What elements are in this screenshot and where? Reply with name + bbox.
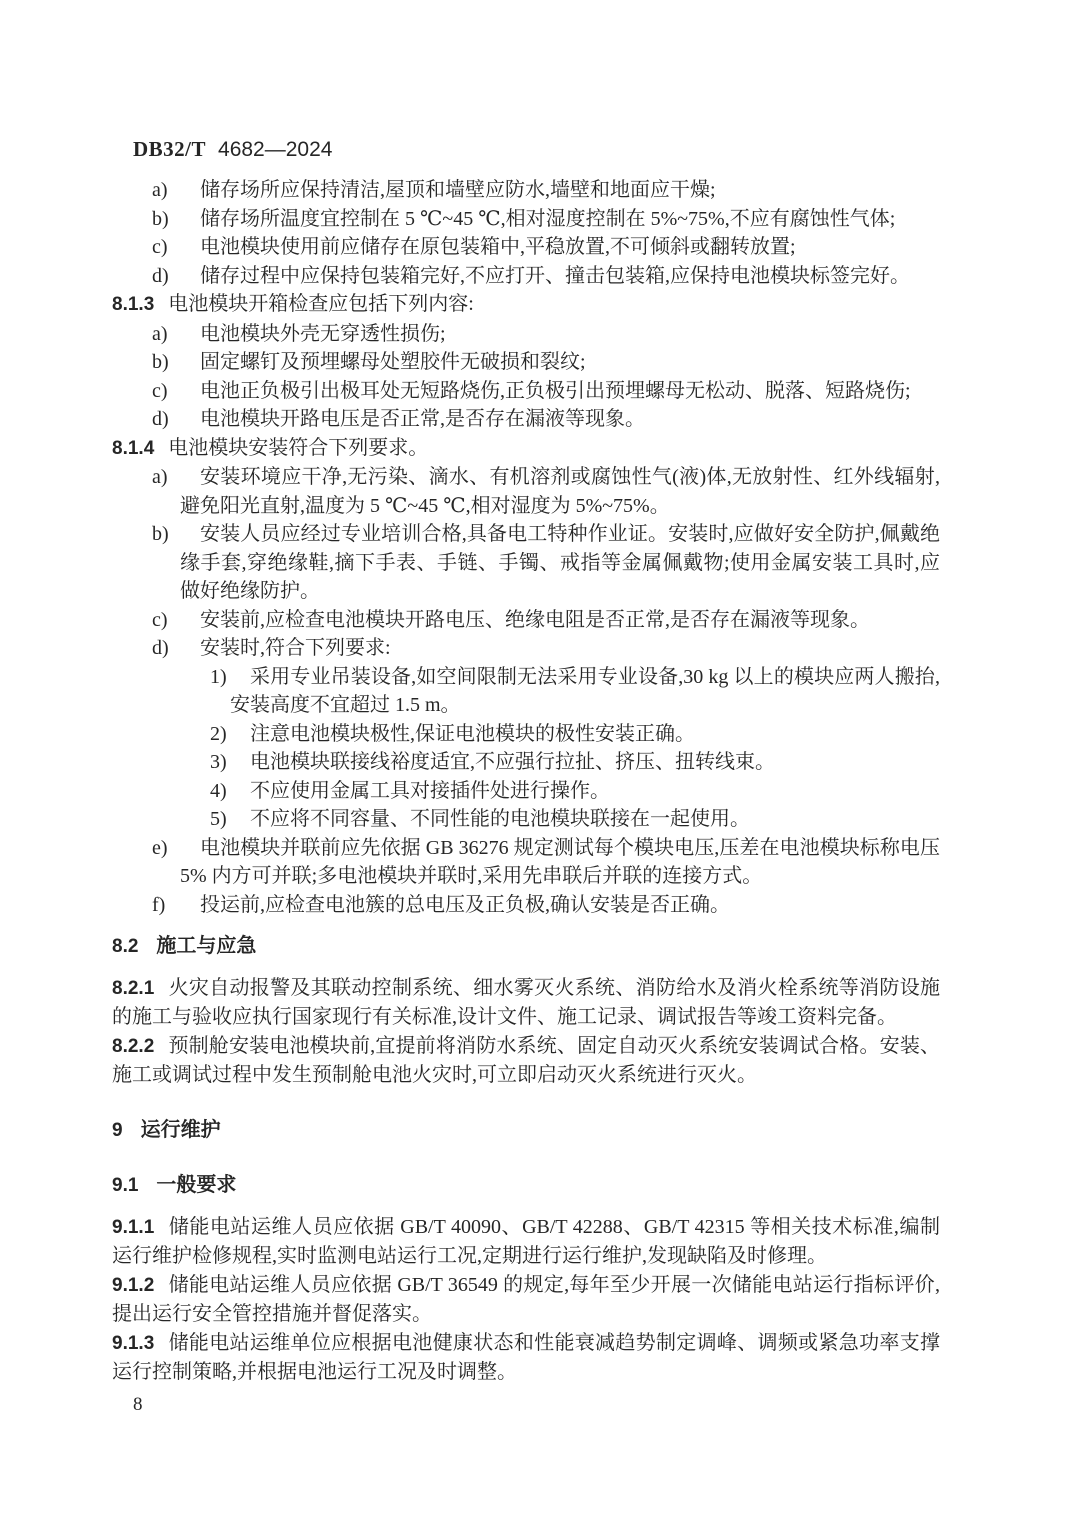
doc-header: DB32/T4682—2024 bbox=[133, 136, 332, 163]
clause-paragraph: 9.1.3储能电站运维单位应根据电池健康状态和性能衰减趋势制定调峰、调频或紧急功… bbox=[112, 1329, 940, 1387]
list-item: b)固定螺钉及预埋螺母处塑胶件无破损和裂纹; bbox=[112, 348, 940, 377]
list-item-text: 电池正负极引出极耳处无短路烧伤,正负极引出预埋螺母无松动、脱落、短路烧伤; bbox=[200, 380, 911, 402]
list-marker: a) bbox=[152, 320, 168, 349]
list-item-text: 采用专业吊装设备,如空间限制无法采用专业设备,30 kg 以上的模块应两人搬抬,… bbox=[230, 666, 940, 717]
list-item: c)电池正负极引出极耳处无短路烧伤,正负极引出预埋螺母无松动、脱落、短路烧伤; bbox=[112, 377, 940, 406]
clause-text: 储能电站运维人员应依据 GB/T 36549 的规定,每年至少开展一次储能电站运… bbox=[112, 1274, 940, 1326]
standard-number: 4682—2024 bbox=[218, 138, 332, 161]
section-heading: 9运行维护 bbox=[112, 1116, 940, 1146]
list-item: e)电池模块并联前应先依据 GB 36276 规定测试每个模块电压,压差在电池模… bbox=[112, 834, 940, 891]
list-item-text: 不应将不同容量、不同性能的电池模块联接在一起使用。 bbox=[250, 808, 750, 830]
list-marker: 5) bbox=[210, 805, 227, 834]
list-marker: 4) bbox=[210, 777, 227, 806]
list-marker: d) bbox=[152, 405, 169, 434]
list-item-text: 电池模块联接线裕度适宜,不应强行拉扯、挤压、扭转线束。 bbox=[250, 751, 775, 773]
list-marker: 1) bbox=[210, 663, 227, 692]
list-item: d)储存过程中应保持包装箱完好,不应打开、撞击包装箱,应保持电池模块标签完好。 bbox=[112, 262, 940, 291]
list-marker: c) bbox=[152, 233, 168, 262]
clause-paragraph: 8.2.2预制舱安装电池模块前,宜提前将消防水系统、固定自动灭火系统安装调试合格… bbox=[112, 1032, 940, 1090]
list-item-text: 固定螺钉及预埋螺母处塑胶件无破损和裂纹; bbox=[200, 351, 586, 373]
list-marker: c) bbox=[152, 377, 168, 406]
list-item: b)安装人员应经过专业培训合格,具备电工特种作业证。安装时,应做好安全防护,佩戴… bbox=[112, 520, 940, 606]
clause-text: 电池模块安装符合下列要求。 bbox=[168, 437, 428, 459]
clause-text: 预制舱安装电池模块前,宜提前将消防水系统、固定自动灭火系统安装调试合格。安装、施… bbox=[112, 1035, 940, 1087]
list-item: a)安装环境应干净,无污染、滴水、有机溶剂或腐蚀性气(液)体,无放射性、红外线辐… bbox=[112, 463, 940, 520]
list-item-text: 电池模块外壳无穿透性损伤; bbox=[200, 323, 446, 345]
clause-text: 储能电站运维人员应依据 GB/T 40090、GB/T 42288、GB/T 4… bbox=[112, 1216, 940, 1268]
clause-paragraph: 8.1.4电池模块安装符合下列要求。 bbox=[112, 434, 940, 464]
list-item-text: 不应使用金属工具对接插件处进行操作。 bbox=[250, 780, 610, 802]
list-item: 2)注意电池模块极性,保证电池模块的极性安装正确。 bbox=[112, 720, 940, 749]
list-item-text: 投运前,应检查电池簇的总电压及正负极,确认安装是否正确。 bbox=[200, 894, 730, 916]
list-item: c)安装前,应检查电池模块开路电压、绝缘电阻是否正常,是否存在漏液等现象。 bbox=[112, 606, 940, 635]
list-item-text: 安装时,符合下列要求: bbox=[200, 637, 391, 659]
list-item: a)储存场所应保持清洁,屋顶和墙壁应防水,墙壁和地面应干燥; bbox=[112, 176, 940, 205]
standard-code: DB32/T bbox=[133, 137, 206, 161]
section-title: 一般要求 bbox=[156, 1174, 236, 1196]
list-item-text: 电池模块并联前应先依据 GB 36276 规定测试每个模块电压,压差在电池模块标… bbox=[180, 837, 940, 888]
list-marker: d) bbox=[152, 262, 169, 291]
list-item: d)电池模块开路电压是否正常,是否存在漏液等现象。 bbox=[112, 405, 940, 434]
clause-number: 8.1.3 bbox=[112, 294, 154, 315]
clause-paragraph: 8.2.1火灾自动报警及其联动控制系统、细水雾灭火系统、消防给水及消火栓系统等消… bbox=[112, 974, 940, 1032]
list-item: d)安装时,符合下列要求: bbox=[112, 634, 940, 663]
list-item-text: 安装前,应检查电池模块开路电压、绝缘电阻是否正常,是否存在漏液等现象。 bbox=[200, 609, 870, 631]
clause-paragraph: 9.1.2储能电站运维人员应依据 GB/T 36549 的规定,每年至少开展一次… bbox=[112, 1271, 940, 1329]
clause-number: 9.1.3 bbox=[112, 1333, 154, 1354]
section-title: 运行维护 bbox=[141, 1119, 221, 1141]
list-item-text: 储存场所温度宜控制在 5 ℃~45 ℃,相对湿度控制在 5%~75%,不应有腐蚀… bbox=[200, 208, 895, 230]
list-marker: 2) bbox=[210, 720, 227, 749]
clause-number: 8.2.1 bbox=[112, 978, 154, 999]
section-heading: 8.2施工与应急 bbox=[112, 932, 940, 962]
list-item-text: 注意电池模块极性,保证电池模块的极性安装正确。 bbox=[250, 723, 695, 745]
doc-body: a)储存场所应保持清洁,屋顶和墙壁应防水,墙壁和地面应干燥;b)储存场所温度宜控… bbox=[112, 176, 940, 1387]
section-title: 施工与应急 bbox=[156, 935, 256, 957]
section-number: 9 bbox=[112, 1120, 123, 1141]
list-item: 3)电池模块联接线裕度适宜,不应强行拉扯、挤压、扭转线束。 bbox=[112, 748, 940, 777]
clause-number: 9.1.2 bbox=[112, 1275, 154, 1296]
list-item: 5)不应将不同容量、不同性能的电池模块联接在一起使用。 bbox=[112, 805, 940, 834]
list-item: 1)采用专业吊装设备,如空间限制无法采用专业设备,30 kg 以上的模块应两人搬… bbox=[112, 663, 940, 720]
list-item: f)投运前,应检查电池簇的总电压及正负极,确认安装是否正确。 bbox=[112, 891, 940, 920]
list-marker: b) bbox=[152, 205, 169, 234]
section-number: 9.1 bbox=[112, 1175, 138, 1196]
clause-paragraph: 8.1.3电池模块开箱检查应包括下列内容: bbox=[112, 290, 940, 320]
clause-text: 火灾自动报警及其联动控制系统、细水雾灭火系统、消防给水及消火栓系统等消防设施的施… bbox=[112, 977, 940, 1029]
list-item-text: 安装环境应干净,无污染、滴水、有机溶剂或腐蚀性气(液)体,无放射性、红外线辐射,… bbox=[180, 466, 940, 517]
list-item-text: 储存过程中应保持包装箱完好,不应打开、撞击包装箱,应保持电池模块标签完好。 bbox=[200, 265, 910, 287]
list-marker: e) bbox=[152, 834, 168, 863]
list-marker: b) bbox=[152, 520, 169, 549]
section-number: 8.2 bbox=[112, 936, 138, 957]
list-item: c)电池模块使用前应储存在原包装箱中,平稳放置,不可倾斜或翻转放置; bbox=[112, 233, 940, 262]
list-item-text: 安装人员应经过专业培训合格,具备电工特种作业证。安装时,应做好安全防护,佩戴绝缘… bbox=[180, 523, 940, 602]
list-marker: d) bbox=[152, 634, 169, 663]
list-marker: b) bbox=[152, 348, 169, 377]
list-item-text: 电池模块使用前应储存在原包装箱中,平稳放置,不可倾斜或翻转放置; bbox=[200, 236, 796, 258]
list-item-text: 储存场所应保持清洁,屋顶和墙壁应防水,墙壁和地面应干燥; bbox=[200, 179, 716, 201]
clause-paragraph: 9.1.1储能电站运维人员应依据 GB/T 40090、GB/T 42288、G… bbox=[112, 1213, 940, 1271]
clause-number: 8.1.4 bbox=[112, 438, 154, 459]
list-item-text: 电池模块开路电压是否正常,是否存在漏液等现象。 bbox=[200, 408, 645, 430]
clause-text: 电池模块开箱检查应包括下列内容: bbox=[168, 293, 474, 315]
list-marker: a) bbox=[152, 463, 168, 492]
list-marker: 3) bbox=[210, 748, 227, 777]
clause-text: 储能电站运维单位应根据电池健康状态和性能衰减趋势制定调峰、调频或紧急功率支撑运行… bbox=[112, 1332, 940, 1384]
section-heading: 9.1一般要求 bbox=[112, 1171, 940, 1201]
document-page: DB32/T4682—2024 a)储存场所应保持清洁,屋顶和墙壁应防水,墙壁和… bbox=[0, 0, 1080, 1515]
list-marker: f) bbox=[152, 891, 165, 920]
list-marker: a) bbox=[152, 176, 168, 205]
list-item: a)电池模块外壳无穿透性损伤; bbox=[112, 320, 940, 349]
clause-number: 9.1.1 bbox=[112, 1217, 154, 1238]
page-number: 8 bbox=[133, 1394, 143, 1416]
list-item: b)储存场所温度宜控制在 5 ℃~45 ℃,相对湿度控制在 5%~75%,不应有… bbox=[112, 205, 940, 234]
list-marker: c) bbox=[152, 606, 168, 635]
clause-number: 8.2.2 bbox=[112, 1036, 154, 1057]
list-item: 4)不应使用金属工具对接插件处进行操作。 bbox=[112, 777, 940, 806]
